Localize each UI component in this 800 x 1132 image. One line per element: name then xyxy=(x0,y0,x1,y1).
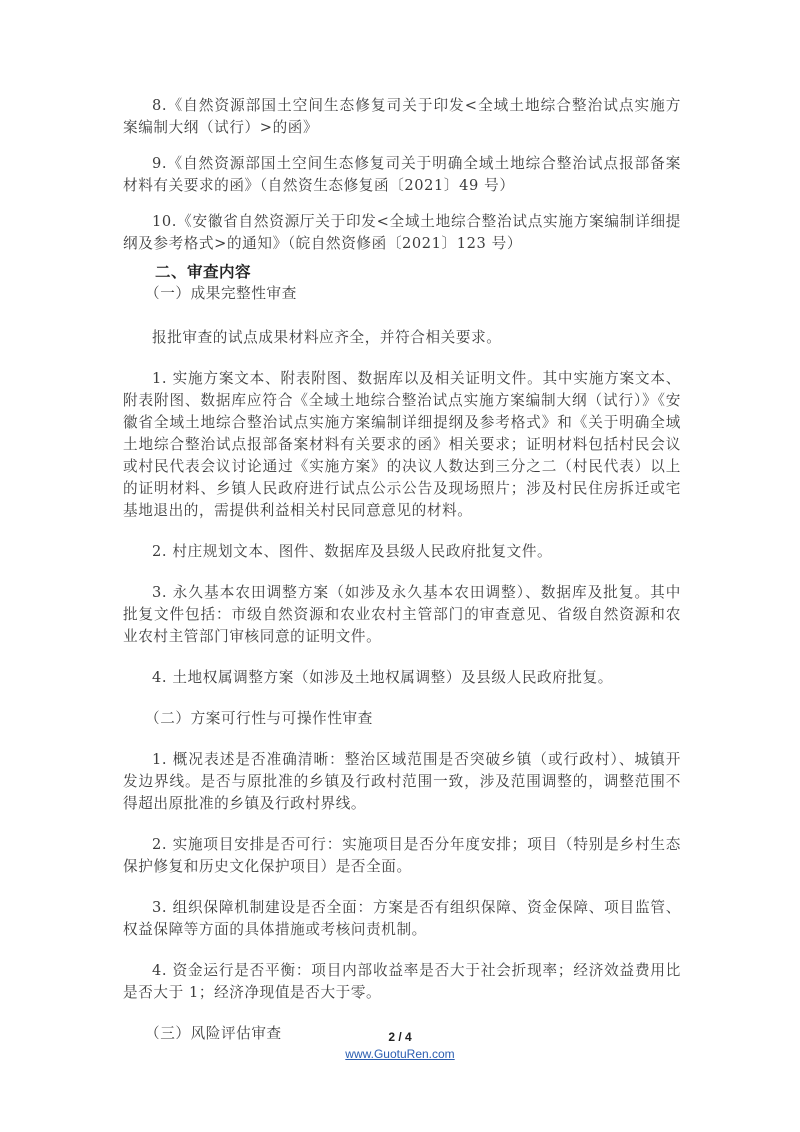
completeness-item-1: 1. 实施方案文本、附表附图、数据库以及相关证明文件。其中实施方案文本、附表附图… xyxy=(123,368,681,522)
reference-item-10: 10.《安徽省自然资源厅关于印发<全域土地综合整治试点实施方案编制详细提纲及参考… xyxy=(123,211,681,255)
feasibility-item-2: 2. 实施项目安排是否可行：实施项目是否分年度安排；项目（特别是乡村生态保护修复… xyxy=(123,834,681,878)
subsection-title-feasibility: （二）方案可行性与可操作性审查 xyxy=(123,708,681,730)
page-number: 2 / 4 xyxy=(0,1030,800,1044)
reference-item-9: 9.《自然资源部国土空间生态修复司关于明确全域土地综合整治试点报部备案材料有关要… xyxy=(123,153,681,197)
feasibility-item-3: 3. 组织保障机制建设是否全面：方案是否有组织保障、资金保障、项目监管、权益保障… xyxy=(123,897,681,941)
completeness-item-3: 3. 永久基本农田调整方案（如涉及永久基本农田调整）、数据库及批复。其中批复文件… xyxy=(123,582,681,648)
completeness-item-4: 4. 土地权属调整方案（如涉及土地权属调整）及县级人民政府批复。 xyxy=(123,667,681,689)
document-body: 8.《自然资源部国土空间生态修复司关于印发<全域土地综合整治试点实施方案编制大纲… xyxy=(123,95,681,1045)
subsection-title-completeness: （一）成果完整性审查 xyxy=(123,283,681,305)
completeness-item-2: 2. 村庄规划文本、图件、数据库及县级人民政府批复文件。 xyxy=(123,541,681,563)
section-heading: 二、审查内容 xyxy=(123,261,681,283)
completeness-intro: 报批审查的试点成果材料应齐全，并符合相关要求。 xyxy=(123,327,681,349)
feasibility-item-4: 4. 资金运行是否平衡：项目内部收益率是否大于社会折现率；经济效益费用比是否大于… xyxy=(123,960,681,1004)
document-page: 8.《自然资源部国土空间生态修复司关于印发<全域土地综合整治试点实施方案编制大纲… xyxy=(0,0,800,1132)
feasibility-item-1: 1. 概况表述是否准确清晰：整治区域范围是否突破乡镇（或行政村）、城镇开发边界线… xyxy=(123,749,681,815)
reference-item-8: 8.《自然资源部国土空间生态修复司关于印发<全域土地综合整治试点实施方案编制大纲… xyxy=(123,95,681,139)
site-footer: www.GuotuRen.com xyxy=(0,1047,800,1061)
site-link[interactable]: www.GuotuRen.com xyxy=(345,1047,454,1061)
